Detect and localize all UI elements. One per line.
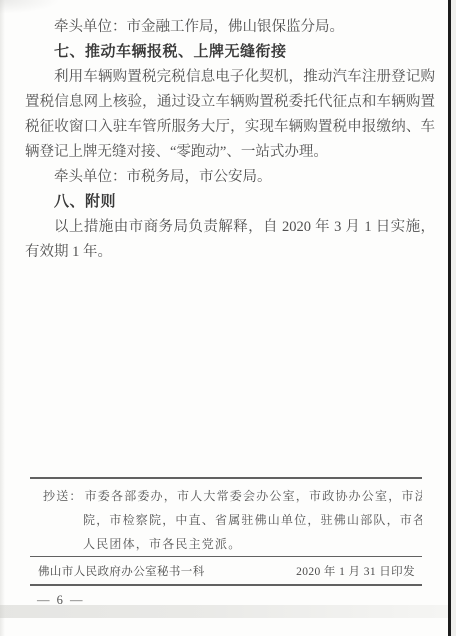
document-body: 牵头单位：市金融工作局，佛山银保监分局。 七、推动车辆报税、上牌无缝衔接 利用车… <box>0 0 456 265</box>
scan-right-edge-line <box>448 0 451 636</box>
cc-line-1: 抄送：市委各部委办，市人大常委会办公室，市政协办公室，市法 <box>43 484 422 508</box>
section-7-paragraph-line-1: 利用车辆购置税完税信息电子化契机，推动汽车注册登记购 <box>25 65 435 90</box>
issuing-office: 佛山市人民政府办公室秘书一科 <box>38 563 205 579</box>
section-8-paragraph-line-1: 以上措施由市商务局负责解释，自 2020 年 3 月 1 日实施， <box>25 215 435 240</box>
scan-bottom-shadow <box>0 605 450 618</box>
issuer-row: 佛山市人民政府办公室秘书一科 2020 年 1 月 31 日印发 <box>30 557 422 584</box>
section-7-paragraph-line-4: 辆登记上牌无缝对接、“零跑动”、一站式办理。 <box>25 140 435 165</box>
cc-block: 抄送：市委各部委办，市人大常委会办公室，市政协办公室，市法 院，市检察院，中直、… <box>30 479 422 556</box>
cc-label: 抄送： <box>43 489 83 503</box>
lead-unit-line-finance: 牵头单位：市金融工作局，佛山银保监分局。 <box>25 15 435 40</box>
cc-line-2: 院，市检察院，中直、省属驻佛山单位，驻佛山部队，市各 <box>43 508 422 532</box>
section-8-heading: 八、附则 <box>25 190 435 215</box>
document-footer: 抄送：市委各部委办，市人大常委会办公室，市政协办公室，市法 院，市检察院，中直、… <box>30 477 422 610</box>
scanned-document-page: 牵头单位：市金融工作局，佛山银保监分局。 七、推动车辆报税、上牌无缝衔接 利用车… <box>0 0 456 636</box>
cc-line-1-text: 市委各部委办，市人大常委会办公室，市政协办公室，市法 <box>85 489 422 503</box>
scan-right-margin <box>451 0 456 636</box>
lead-unit-line-tax: 牵头单位：市税务局，市公安局。 <box>25 165 435 190</box>
print-date: 2020 年 1 月 31 日印发 <box>296 563 415 579</box>
scan-corner-shade <box>0 0 60 14</box>
section-8-paragraph-line-2: 有效期 1 年。 <box>25 240 435 265</box>
scan-left-edge <box>0 0 5 636</box>
section-7-paragraph-line-2: 置税信息网上核验，通过设立车辆购置税委托代征点和车辆购置 <box>25 90 435 115</box>
blank-area <box>0 265 456 477</box>
section-7-heading: 七、推动车辆报税、上牌无缝衔接 <box>25 40 435 65</box>
issuer-bottom-rule <box>30 584 422 586</box>
cc-line-3: 人民团体，市各民主党派。 <box>43 532 422 556</box>
section-7-paragraph-line-3: 税征收窗口入驻车管所服务大厅，实现车辆购置税申报缴纳、车 <box>25 115 435 140</box>
